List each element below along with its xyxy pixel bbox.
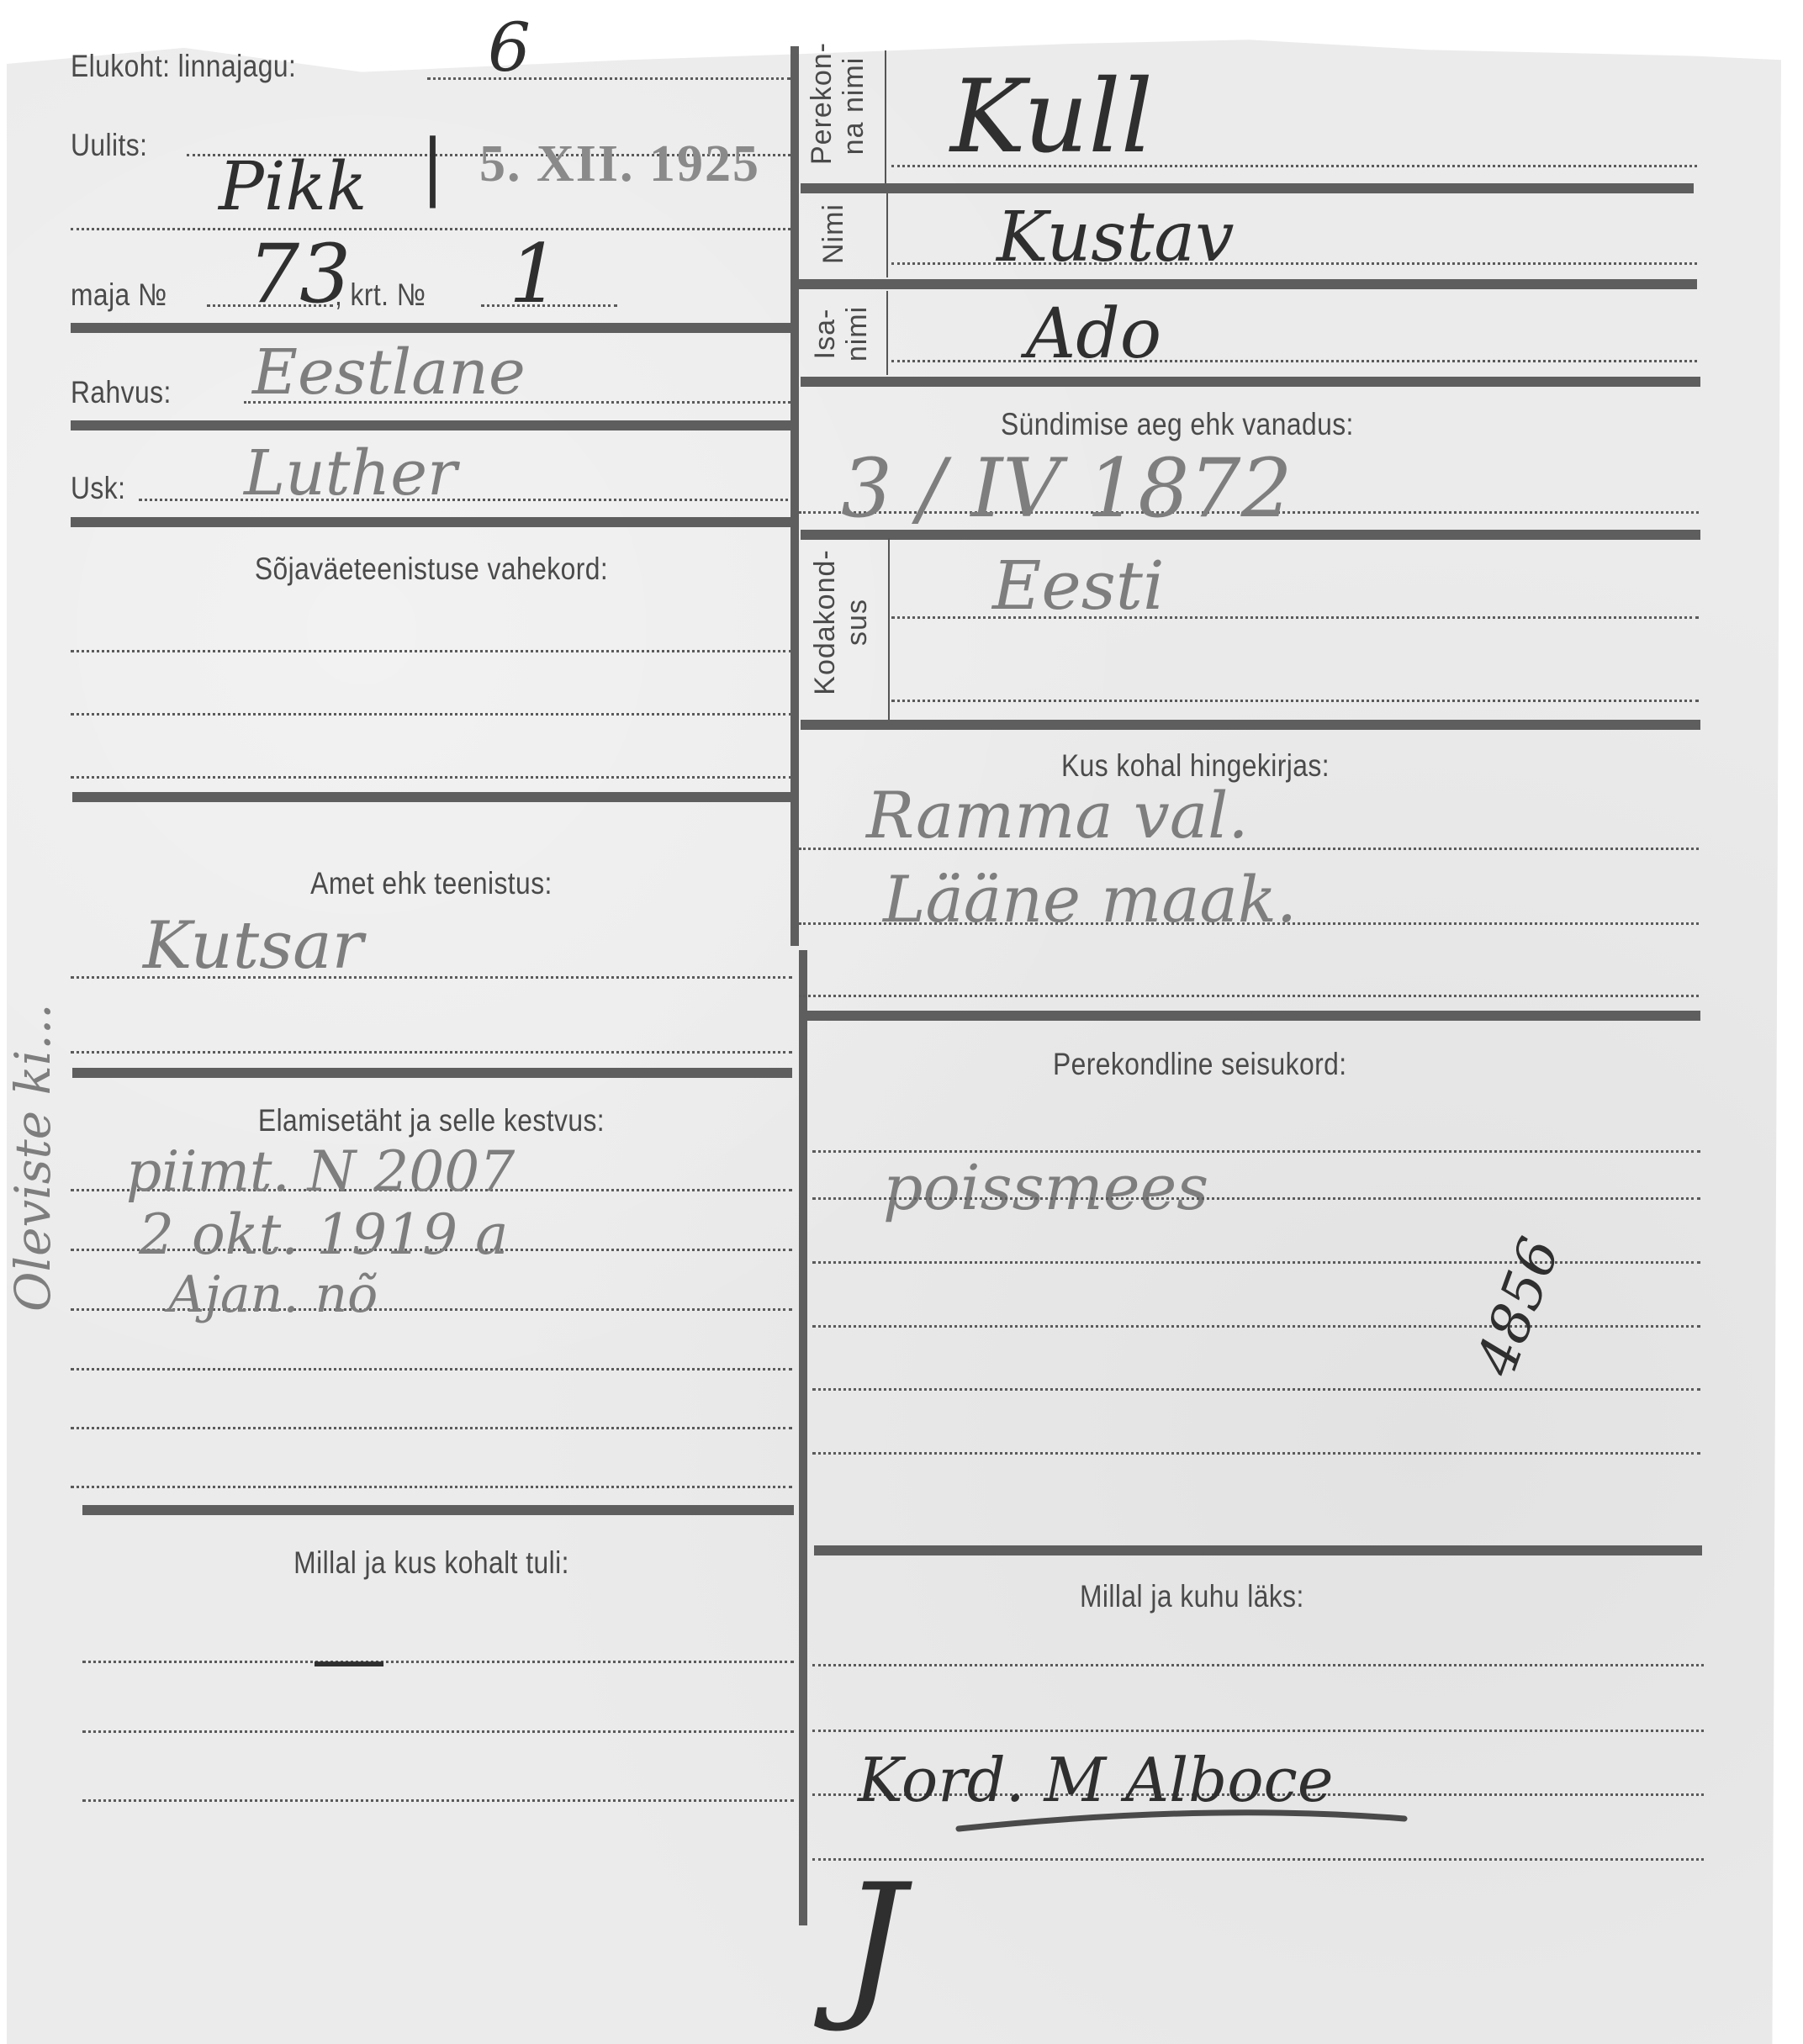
elamiseteht-line-6 <box>71 1486 792 1488</box>
initial: J <box>841 1850 905 2036</box>
uulits-value: Pikk <box>219 147 367 225</box>
krt-label: , krt. № <box>335 277 426 313</box>
margin-note: Oleviste ki... <box>4 1003 61 1312</box>
krt-value: 1 <box>509 227 560 321</box>
uulits-line-2 <box>71 228 790 230</box>
kodakondsus-line-2 <box>891 700 1699 702</box>
hingekiri-line-3 <box>799 995 1699 997</box>
rahvus-value: Eestlane <box>252 336 526 409</box>
amet-value: Kutsar <box>143 908 363 984</box>
divider <box>801 377 1700 387</box>
label-divider <box>885 50 886 189</box>
divider <box>799 1011 1700 1021</box>
usk-label: Usk: <box>71 471 125 506</box>
elukoht-value: 6 <box>488 8 531 87</box>
millal-tuli-line-1 <box>82 1661 794 1663</box>
perekondline-value: poissmees <box>883 1152 1208 1224</box>
label-divider <box>886 291 888 375</box>
perekondline-line-2 <box>812 1197 1700 1200</box>
divider <box>71 517 792 527</box>
elamiseteht-value-2: 2 okt. 1919 a <box>139 1202 508 1267</box>
elamiseteht-label: Elamisetäht ja selle kestvus: <box>121 1103 742 1138</box>
millal-tuli-label: Millal ja kus kohalt tuli: <box>121 1545 742 1581</box>
elamiseteht-value-1: piimt. N 2007 <box>126 1139 515 1204</box>
nimi-value: Kustav <box>997 198 1235 277</box>
divider <box>814 1545 1702 1555</box>
perekondline-line-5 <box>812 1388 1700 1391</box>
perekonnanimi-value: Kull <box>950 59 1153 176</box>
nimi-label: Nimi <box>817 190 849 277</box>
millal-tuli-line-3 <box>82 1799 794 1802</box>
usk-line <box>139 499 795 501</box>
divider <box>801 530 1700 540</box>
divider <box>82 1505 794 1515</box>
divider <box>71 323 792 333</box>
amet-label: Amet ehk teenistus: <box>121 866 742 901</box>
sojavae-label: Sõjaväeteenistuse vahekord: <box>121 552 742 587</box>
millal-tuli-dash: — <box>311 1614 387 1703</box>
rahvus-label: Rahvus: <box>71 375 172 410</box>
perekondline-line-4 <box>812 1325 1700 1328</box>
divider <box>801 720 1700 730</box>
millal-tuli-line-2 <box>82 1730 794 1733</box>
elamiseteht-line-5 <box>71 1427 792 1429</box>
divider <box>797 279 1697 289</box>
kodakondsus-label: Kodakond-sus <box>809 538 873 706</box>
maja-label: maja № <box>71 277 167 313</box>
label-divider <box>886 193 888 277</box>
signature-flourish <box>950 1795 1421 1846</box>
elamiseteht-line-4 <box>71 1368 792 1371</box>
sundimise-label: Sündimise aeg ehk vanadus: <box>1001 407 1354 442</box>
perekondline-label: Perekondline seisukord: <box>1053 1047 1347 1082</box>
amet-line-2 <box>71 1051 792 1054</box>
divider <box>72 792 792 802</box>
divider <box>801 183 1694 193</box>
column-divider-top <box>790 46 799 946</box>
isanimi-line <box>891 360 1697 362</box>
elamiseteht-value-3: Ajan. nõ <box>168 1265 378 1324</box>
millal-laks-line-2 <box>812 1730 1704 1732</box>
perekonnanimi-label: Perekon-na nimi <box>806 47 870 165</box>
hingekiri-value-1: Ramma val. <box>866 778 1249 853</box>
millal-laks-line-1 <box>812 1664 1704 1666</box>
column-divider-bottom <box>799 950 807 1925</box>
stamp-separator: | <box>420 124 445 209</box>
kodakondsus-value: Eesti <box>992 547 1165 625</box>
label-divider <box>888 538 890 721</box>
divider <box>71 420 792 430</box>
elukoht-label: Elukoht: linnajagu: <box>71 49 296 84</box>
sojavae-line-1 <box>71 650 792 652</box>
usk-value: Luther <box>244 437 457 510</box>
elukoht-line <box>427 77 790 80</box>
millal-laks-line-4 <box>812 1858 1704 1861</box>
sundimise-value: 3 / IV 1872 <box>841 441 1293 536</box>
sojavae-line-2 <box>71 713 792 716</box>
isanimi-value: Ado <box>1026 294 1161 374</box>
divider <box>72 1068 792 1078</box>
hingekiri-value-2: Lääne maak. <box>883 862 1297 937</box>
isanimi-label: Isa-nimi <box>809 292 873 376</box>
perekondline-line-6 <box>812 1452 1700 1455</box>
millal-laks-label: Millal ja kuhu läks: <box>1080 1579 1304 1614</box>
sojavae-line-3 <box>71 776 792 779</box>
date-stamp: 5. XII. 1925 <box>479 135 760 194</box>
uulits-label: Uulits: <box>71 128 147 163</box>
